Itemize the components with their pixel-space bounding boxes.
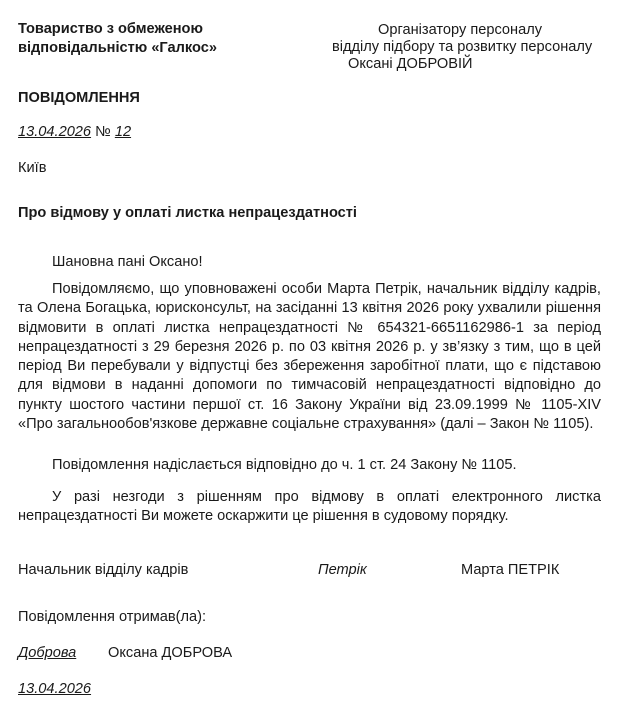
organization-name: Товариство з обмеженою відповідальністю … — [18, 20, 217, 58]
receipt-label: Повідомлення отримав(ла): — [18, 609, 206, 625]
recipient-block: Організатору персоналу відділу підбору т… — [300, 22, 619, 73]
body-paragraph-appeal: У разі незгоди з рішенням про відмову в … — [18, 488, 601, 527]
sender-signature: Петрік — [318, 562, 367, 578]
recipient-department: відділу підбору та розвитку персоналу — [300, 39, 619, 56]
document-subject: Про відмову у оплаті листка непрацездатн… — [18, 205, 357, 221]
document-date-number: 13.04.2026 № 12 — [18, 124, 131, 140]
document-city: Київ — [18, 160, 46, 176]
receipt-date: 13.04.2026 — [18, 681, 91, 697]
greeting: Шановна пані Оксано! — [52, 254, 203, 270]
recipient-name: Оксані ДОБРОВІЙ — [300, 56, 619, 73]
sender-position: Начальник відділу кадрів — [18, 562, 188, 578]
document-type: ПОВІДОМЛЕННЯ — [18, 90, 140, 106]
body-paragraph-legal-basis: Повідомлення надіслається відповідно до … — [18, 456, 601, 475]
body-paragraph-main: Повідомляємо, що уповноважені особи Март… — [18, 280, 601, 434]
number-sign: № — [95, 124, 111, 140]
organization-name-line2: відповідальністю «Галкос» — [18, 39, 217, 58]
receipt-signature: Доброва — [18, 645, 76, 661]
organization-name-line1: Товариство з обмеженою — [18, 20, 217, 39]
sender-name: Марта ПЕТРІК — [461, 562, 559, 578]
receipt-name: Оксана ДОБРОВА — [108, 645, 232, 661]
recipient-position: Організатору персоналу — [300, 22, 619, 39]
document-number: 12 — [115, 124, 131, 140]
document-date: 13.04.2026 — [18, 124, 91, 140]
